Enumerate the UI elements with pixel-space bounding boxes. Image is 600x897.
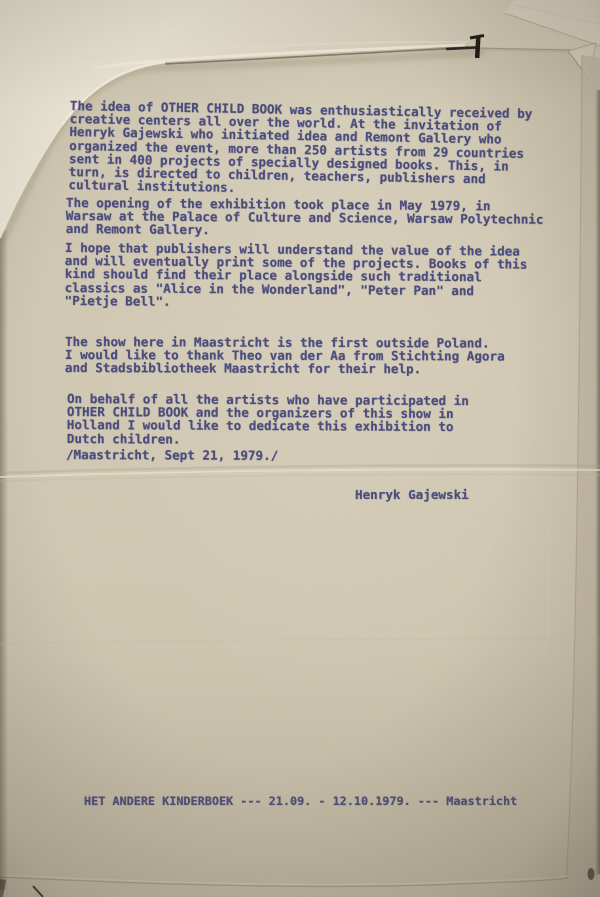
typed-text-layer: The idea of OTHER CHILD BOOK was enthusi… [0,0,600,897]
paragraph-dedication: On behalf of all the artists who have pa… [67,392,469,447]
paragraph-maastricht-show: The show here in Maastricht is the first… [65,335,505,376]
dateline: /Maastricht, Sept 21, 1979./ [66,448,278,462]
paragraph-opening: The opening of the exhibition took place… [66,196,544,239]
paragraph-idea: The idea of OTHER CHILD BOOK was enthusi… [68,99,532,199]
photo-frame: The idea of OTHER CHILD BOOK was enthusi… [0,0,600,897]
footer-exhibition-line: HET ANDERE KINDERBOEK --- 21.09. - 12.10… [84,795,517,808]
signature: Henryk Gajewski [355,488,469,501]
paragraph-publishers: I hope that publishers will understand t… [64,241,527,311]
